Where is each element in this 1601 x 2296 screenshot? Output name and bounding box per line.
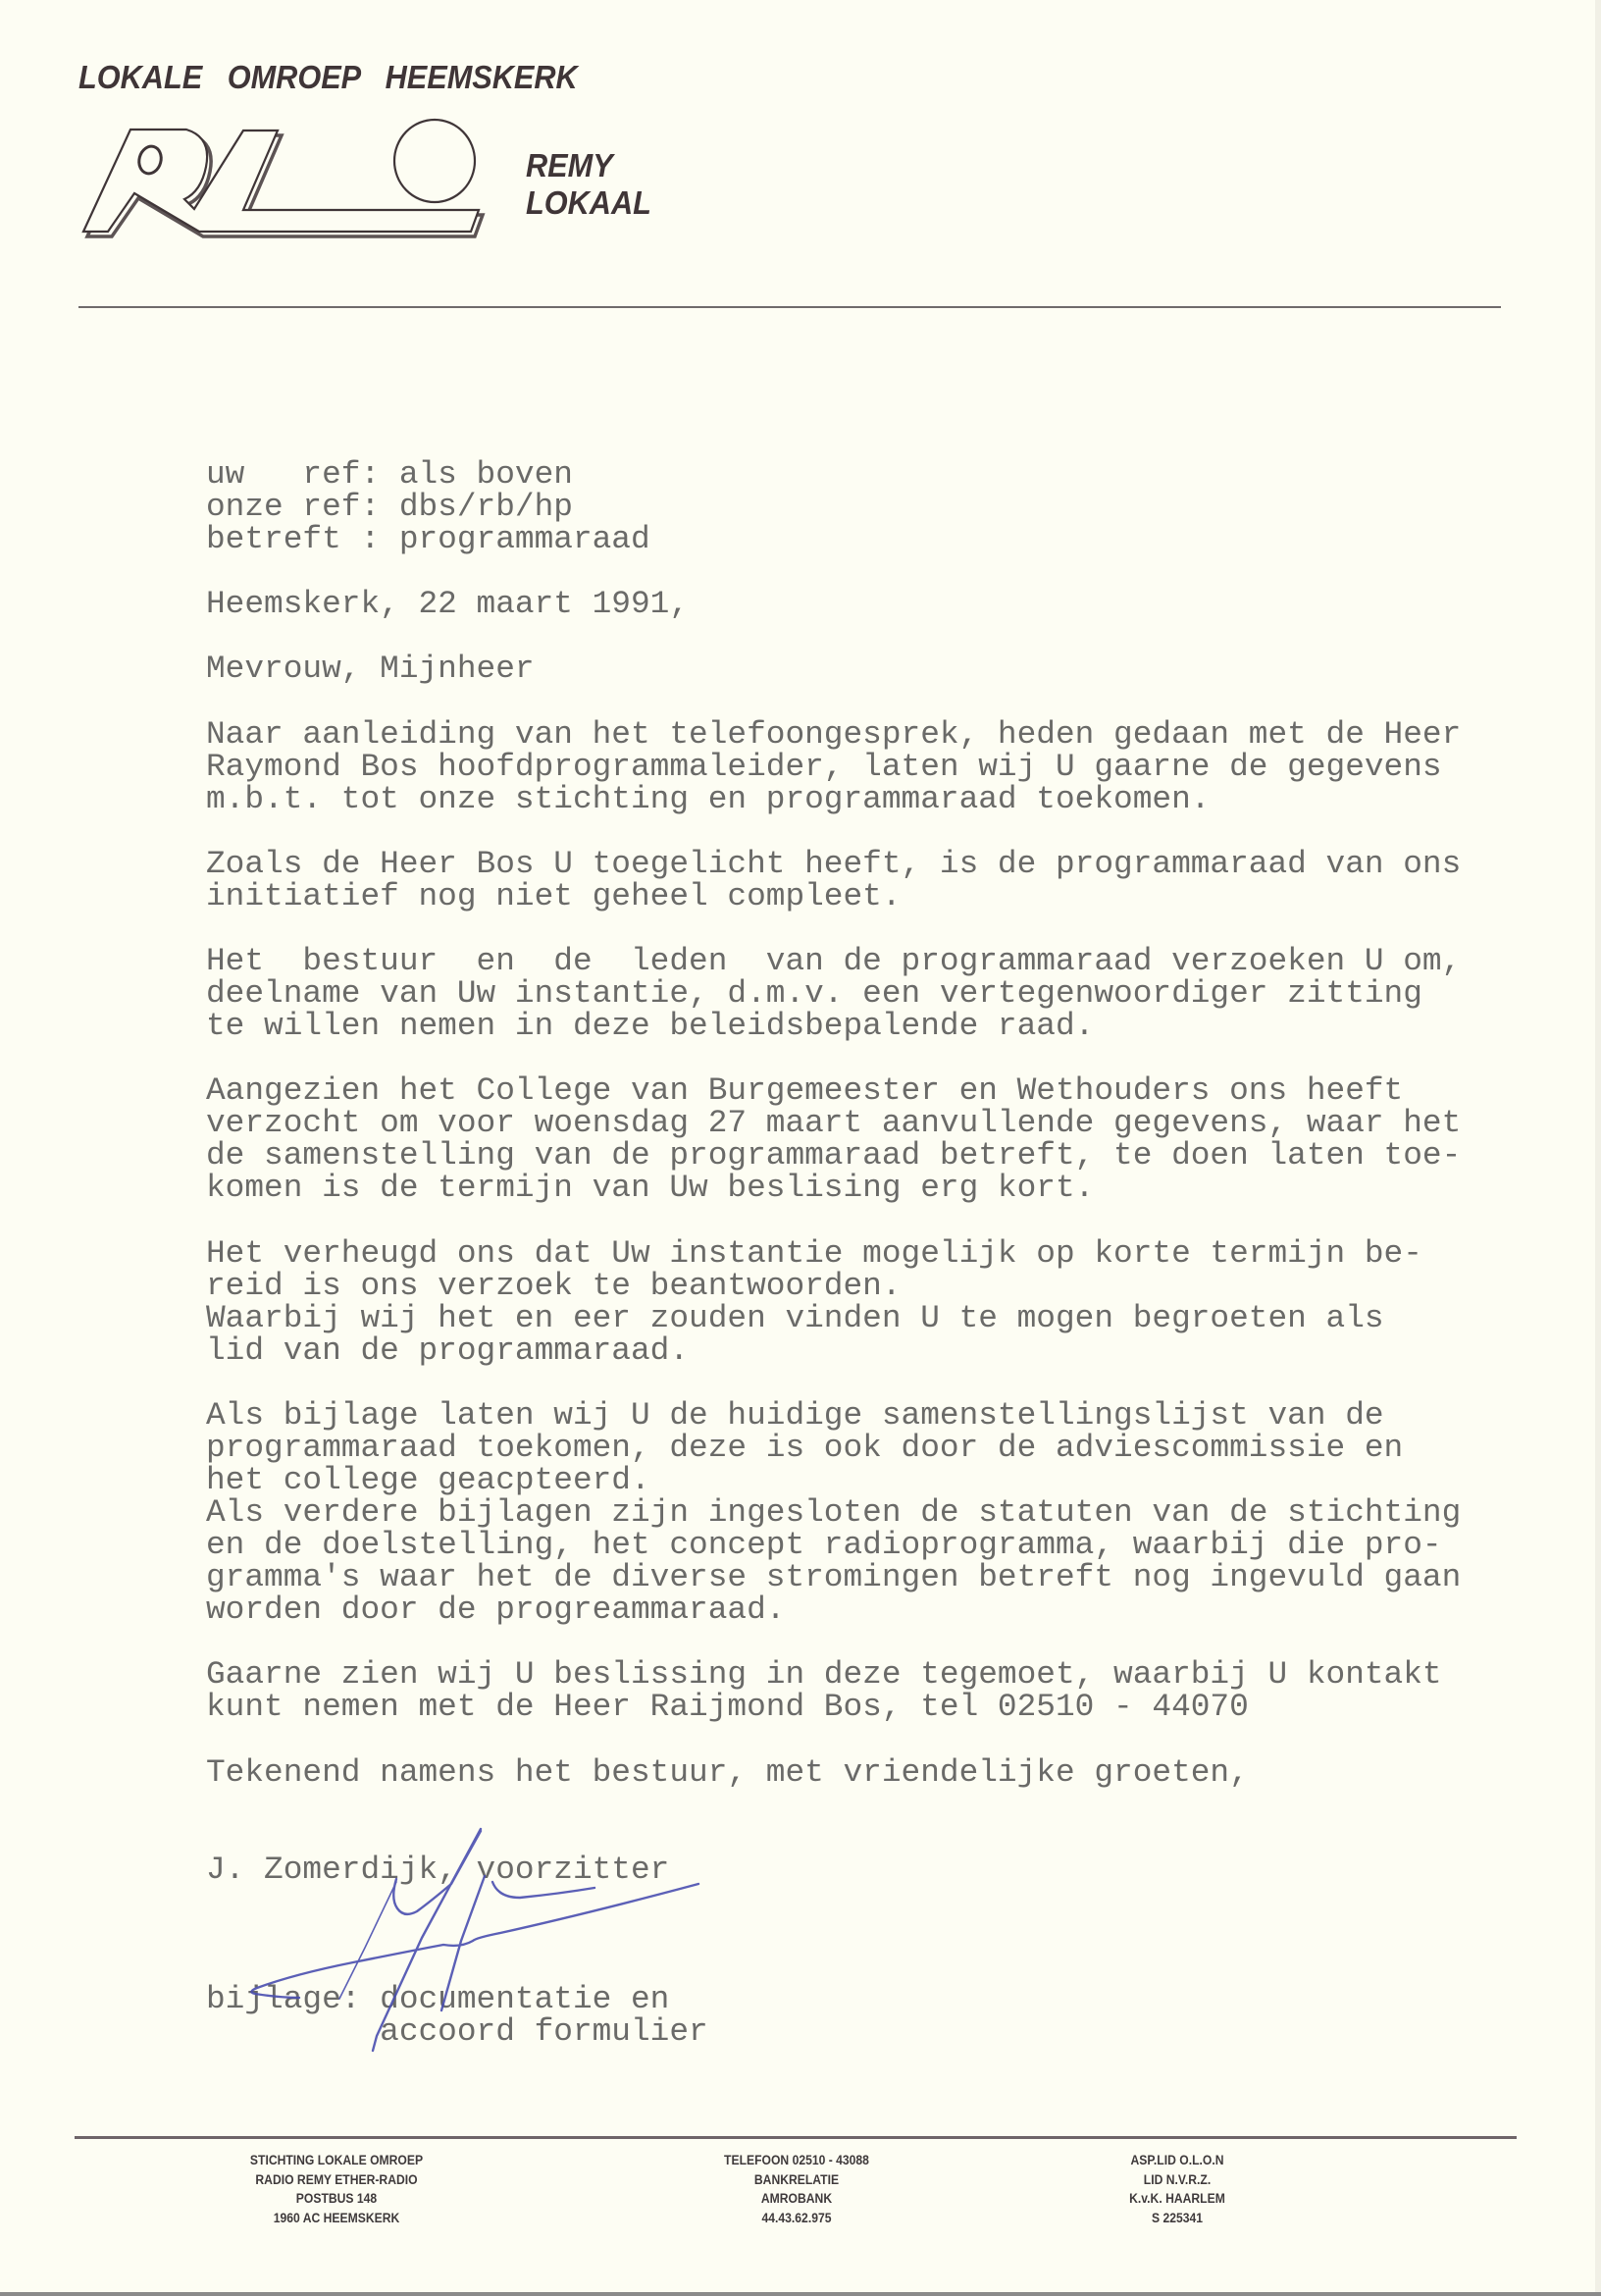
blank-line [206,1626,1560,1658]
footer-line: BANKRELATIE [638,2170,955,2190]
letter-line: Gaarne zien wij U beslissing in deze teg… [206,1658,1560,1691]
letter-line: deelname van Uw instantie, d.m.v. een ve… [206,977,1560,1010]
blank-line [206,1204,1560,1236]
letter-line: J. Zomerdijk, voorzitter [206,1853,1560,1886]
letter-line: accoord formulier [206,2015,1560,2048]
scan-edge [1595,0,1601,2292]
letter-line: onze ref: dbs/rb/hp [206,491,1560,523]
footer-line: K.v.K. HAARLEM [1018,2189,1336,2209]
letter-line: het college geacpteerd. [206,1464,1560,1496]
letter-line: m.b.t. tot onze stichting en programmara… [206,783,1560,815]
letter-line: bijlage: documentatie en [206,1983,1560,2015]
blank-line [206,1951,1560,1983]
footer-line: AMROBANK [638,2189,955,2209]
blank-line [206,1918,1560,1951]
letter-line: Aangezien het College van Burgemeester e… [206,1074,1560,1107]
letter-line: Het bestuur en de leden van de programma… [206,945,1560,977]
letter-line: kunt nemen met de Heer Raijmond Bos, tel… [206,1691,1560,1723]
station-name: REMY LOKAAL [526,147,651,222]
letter-line: Als bijlage laten wij U de huidige samen… [206,1399,1560,1432]
letter-body: uw ref: als bovenonze ref: dbs/rb/hpbetr… [206,458,1560,2048]
letter-line: reid is ons verzoek te beantwoorden. [206,1270,1560,1302]
footer-address: STICHTING LOKALE OMROEP RADIO REMY ETHER… [160,2151,513,2227]
footer-line: 1960 AC HEEMSKERK [178,2209,495,2228]
rl-logo-icon [0,0,510,255]
footer-line: S 225341 [1018,2209,1336,2228]
blank-line [206,685,1560,717]
letter-line: betreft : programmaraad [206,523,1560,555]
letter-line: lid van de programmaraad. [206,1334,1560,1367]
letter-line: Waarbij wij het en eer zouden vinden U t… [206,1302,1560,1334]
letter-line: te willen nemen in deze beleidsbepalende… [206,1010,1560,1042]
blank-line [206,1367,1560,1399]
letter-line: Tekenend namens het bestuur, met vriende… [206,1756,1560,1789]
scan-bottom-edge [0,2292,1601,2296]
footer-line: ASP.LID O.L.O.N [1018,2151,1336,2170]
letter-line: Het verheugd ons dat Uw instantie mogeli… [206,1237,1560,1270]
letter-line: Zoals de Heer Bos U toegelicht heeft, is… [206,848,1560,880]
letter-line: en de doelstelling, het concept radiopro… [206,1529,1560,1561]
letter-line: programmaraad toekomen, deze is ook door… [206,1432,1560,1464]
footer-line: POSTBUS 148 [178,2189,495,2209]
blank-line [206,620,1560,652]
footer-line: LID N.V.R.Z. [1018,2170,1336,2190]
letter-line: Raymond Bos hoofdprogrammaleider, laten … [206,751,1560,783]
footer-divider [75,2136,1517,2139]
header-divider [78,306,1501,308]
letter-line: Mevrouw, Mijnheer [206,652,1560,685]
letter-line: komen is de termijn van Uw beslising erg… [206,1172,1560,1204]
blank-line [206,815,1560,848]
blank-line [206,1789,1560,1821]
station-name-line2: LOKAAL [526,184,651,222]
letter-line: Naar aanleiding van het telefoongesprek,… [206,718,1560,751]
letter-line: verzocht om voor woensdag 27 maart aanvu… [206,1107,1560,1139]
letter-line: Als verdere bijlagen zijn ingesloten de … [206,1496,1560,1529]
blank-line [206,1886,1560,1918]
footer-memberships: ASP.LID O.L.O.N LID N.V.R.Z. K.v.K. HAAR… [1001,2151,1354,2227]
letter-line: worden door de progreammaraad. [206,1593,1560,1626]
footer-line: TELEFOON 02510 - 43088 [638,2151,955,2170]
letter-line: initiatief nog niet geheel compleet. [206,880,1560,913]
blank-line [206,555,1560,588]
blank-line [206,1042,1560,1074]
letter-line: de samenstelling van de programmaraad be… [206,1139,1560,1172]
blank-line [206,1821,1560,1853]
letter-line: Heemskerk, 22 maart 1991, [206,588,1560,620]
footer-contact-bank: TELEFOON 02510 - 43088 BANKRELATIE AMROB… [620,2151,973,2227]
station-name-line1: REMY [526,147,651,184]
footer-line: RADIO REMY ETHER-RADIO [178,2170,495,2190]
blank-line [206,913,1560,945]
letter-line: uw ref: als boven [206,458,1560,491]
footer-line: STICHTING LOKALE OMROEP [178,2151,495,2170]
blank-line [206,1723,1560,1755]
footer-line: 44.43.62.975 [638,2209,955,2228]
letter-line: gramma's waar het de diverse stromingen … [206,1561,1560,1593]
